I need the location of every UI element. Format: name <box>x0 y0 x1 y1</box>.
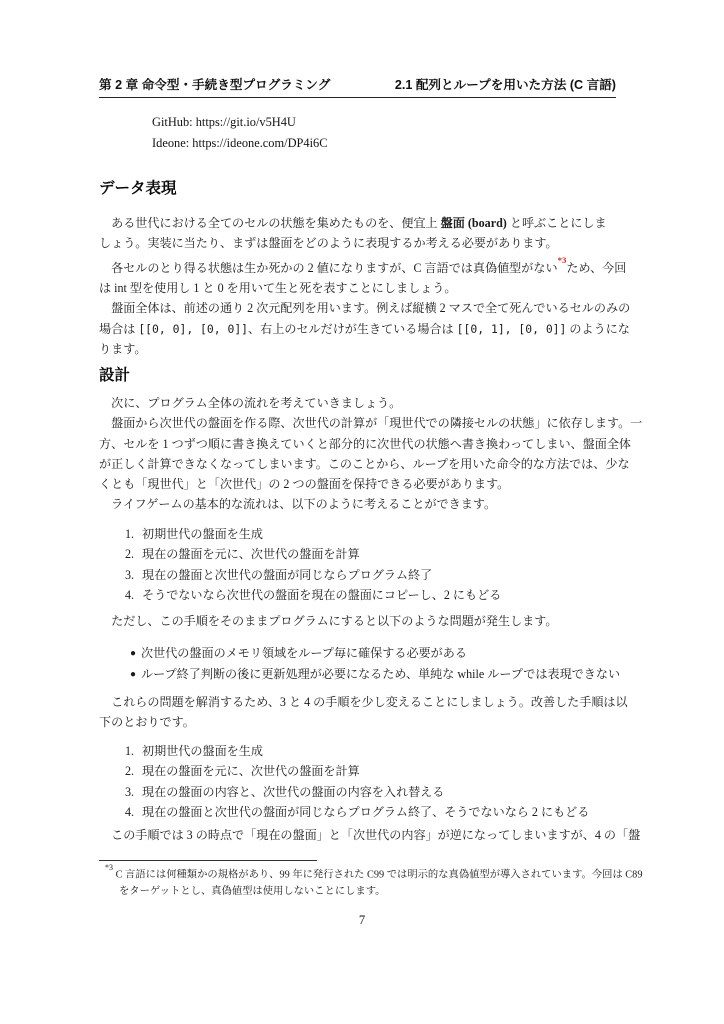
text-line: くとも「現世代」と「次世代」の 2 つの盤面を保持できる必要があります。 <box>99 474 642 494</box>
list-item: ●ループ終了判断の後に更新処理が必要になるため、単純な while ループでは表… <box>99 664 620 685</box>
list-number: 2. <box>125 761 142 781</box>
list-item: 4.現在の盤面と次世代の盤面が同じならプログラム終了、そうでないなら 2 にもど… <box>99 802 589 822</box>
text-line: 下のとおりです。 <box>99 712 628 732</box>
list-item: 3.現在の盤面と次世代の盤面が同じならプログラム終了 <box>99 565 501 585</box>
text-line: 盤面全体は、前述の通り 2 次元配列を用います。例えば縦横 2 マスで全て死んで… <box>99 298 630 318</box>
text-line: が正しく計算できなくなってしまいます。このことから、ループを用いた命令的な方法で… <box>99 454 642 474</box>
text-line: は int 型を使用し 1 と 0 を用いて生と死を表すことにしましょう。 <box>99 278 630 298</box>
text-line: 各セルのとり得る状態は生か死かの 2 値になりますが、C 言語では真偽値型がない… <box>99 254 630 278</box>
paragraph-improvement: これらの問題を解消するため、3 と 4 の手順を少し変えることにしましょう。改善… <box>99 692 628 733</box>
ideone-link[interactable]: Ideone: https://ideone.com/DP4i6C <box>152 133 328 154</box>
repo-links: GitHub: https://git.io/v5H4U Ideone: htt… <box>152 112 328 153</box>
list-number: 4. <box>125 585 142 605</box>
github-link[interactable]: GitHub: https://git.io/v5H4U <box>152 112 328 133</box>
ordered-list-improved-steps: 1.初期世代の盤面を生成 2.現在の盤面を元に、次世代の盤面を計算 3.現在の盤… <box>99 741 589 822</box>
text-line: 次に、プログラム全体の流れを考えていきましょう。 <box>99 393 642 413</box>
footnote-rule <box>99 860 317 861</box>
paragraph-swap-note: この手順では 3 の時点で「現在の盤面」と「次世代の内容」が逆になってしまいます… <box>99 825 640 845</box>
document-page: 第 2 章 命令型・手続き型プログラミング 2.1 配列とループを用いた方法 (… <box>0 0 724 1024</box>
header-rule <box>99 97 616 98</box>
bullet-list-problems: ●次世代の盤面のメモリ領域をループ毎に確保する必要がある ●ループ終了判断の後に… <box>99 643 620 686</box>
array-literal-alive: [[0, 1], [0, 0]] <box>457 322 567 336</box>
footnote-line: *3 C 言語には何種類かの規格があり、99 年に発行された C99 では明示的… <box>105 863 642 884</box>
list-item: 1.初期世代の盤面を生成 <box>99 741 589 761</box>
paragraph-data-representation: ある世代における全てのセルの状態を集めたものを、便宜上 盤面 (board) と… <box>99 213 630 359</box>
section-title-header: 2.1 配列とループを用いた方法 (C 言語) <box>395 74 616 93</box>
text-line: 場合は [[0, 0], [0, 0]]、右上のセルだけが生きている場合は [[… <box>99 319 630 339</box>
text-line: 方、セルを 1 つずつ順に書き換えていくと部分的に次世代の状態へ書き換わってしま… <box>99 434 642 454</box>
list-number: 3. <box>125 565 142 585</box>
footnote-ref-3[interactable]: *3 <box>558 255 567 265</box>
paragraph-design-intro: 次に、プログラム全体の流れを考えていきましょう。 盤面から次世代の盤面を作る際、… <box>99 393 642 494</box>
text-line: ただし、この手順をそのままプログラムにすると以下のような問題が発生します。 <box>99 611 557 631</box>
ordered-list-basic-steps: 1.初期世代の盤面を生成 2.現在の盤面を元に、次世代の盤面を計算 3.現在の盤… <box>99 524 501 605</box>
list-number: 4. <box>125 802 142 822</box>
text-line: ライフゲームの基本的な流れは、以下のように考えることができます。 <box>99 494 496 514</box>
text-line: この手順では 3 の時点で「現在の盤面」と「次世代の内容」が逆になってしまいます… <box>99 825 640 845</box>
list-number: 3. <box>125 782 142 802</box>
text-line: ります。 <box>99 339 630 359</box>
chapter-title: 第 2 章 命令型・手続き型プログラミング <box>99 74 330 93</box>
list-number: 1. <box>125 741 142 761</box>
paragraph-basic-flow: ライフゲームの基本的な流れは、以下のように考えることができます。 <box>99 494 496 514</box>
list-item: 3.現在の盤面の内容と、次世代の盤面の内容を入れ替える <box>99 782 589 802</box>
text-line: 盤面から次世代の盤面を作る際、次世代の計算が「現世代での隣接セルの状態」に依存し… <box>99 413 642 433</box>
list-number: 2. <box>125 544 142 564</box>
section-heading-design: 設計 <box>99 363 130 385</box>
footnote-marker: *3 <box>105 863 113 872</box>
running-header: 第 2 章 命令型・手続き型プログラミング 2.1 配列とループを用いた方法 (… <box>99 74 616 93</box>
list-item: 1.初期世代の盤面を生成 <box>99 524 501 544</box>
text-line: これらの問題を解消するため、3 と 4 の手順を少し変えることにしましょう。改善… <box>99 692 628 712</box>
text-line: ある世代における全てのセルの状態を集めたものを、便宜上 盤面 (board) と… <box>99 213 630 233</box>
list-item: 2.現在の盤面を元に、次世代の盤面を計算 <box>99 761 589 781</box>
list-item: 2.現在の盤面を元に、次世代の盤面を計算 <box>99 544 501 564</box>
list-item: ●次世代の盤面のメモリ領域をループ毎に確保する必要がある <box>99 643 620 664</box>
bullet-icon: ● <box>130 644 141 664</box>
text-line: しょう。実装に当たり、まずは盤面をどのように表現するか考える必要があります。 <box>99 233 630 253</box>
array-literal-dead: [[0, 0], [0, 0]] <box>138 322 248 336</box>
board-term: 盤面 (board) <box>441 216 507 230</box>
page-number: 7 <box>0 913 724 928</box>
footnote: *3 C 言語には何種類かの規格があり、99 年に発行された C99 では明示的… <box>105 863 642 901</box>
section-heading-data-representation: データ表現 <box>99 176 177 198</box>
bullet-icon: ● <box>130 665 141 685</box>
paragraph-problems-intro: ただし、この手順をそのままプログラムにすると以下のような問題が発生します。 <box>99 611 557 631</box>
list-item: 4.そうでないなら次世代の盤面を現在の盤面にコピーし、2 にもどる <box>99 585 501 605</box>
footnote-line: をターゲットとし、真偽値型は使用しないことにします。 <box>105 884 642 901</box>
list-number: 1. <box>125 524 142 544</box>
